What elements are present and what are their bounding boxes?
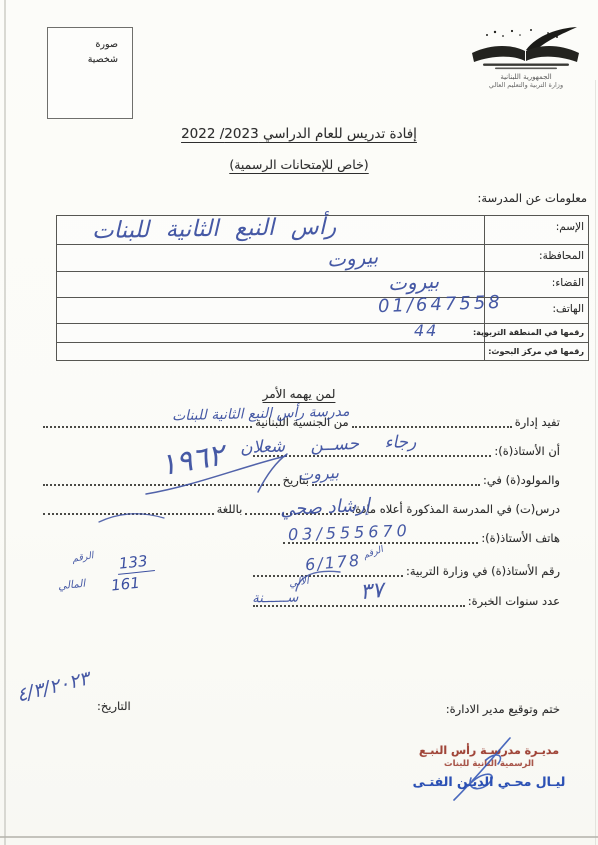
date-label: التاريخ: [97,699,131,713]
document-subtitle-text: (خاص للإمتحانات الرسمية) [229,157,368,172]
document-title: إفادة تدريس للعام الدراسي 2023/ 2022 [0,126,598,142]
handwriting-school-name: رأس النبع الثانية للبنات [92,214,337,244]
to-whom-heading: لمن يهمه الأمر [0,387,598,401]
handwriting-district: بيروت [387,269,439,296]
photo-box-label-line1: صورة [48,38,118,53]
table-label-governorate: المحافظة: [484,245,588,271]
handwriting-school-phone: 01/647558 [378,292,503,317]
to-whom-heading-text: لمن يهمه الأمر [263,387,336,401]
handwriting-zone-number: 44 [414,321,438,340]
ministry-logo: الجمهورية اللبنانية وزارة التربية والتعل… [462,26,590,89]
stamp-signature-label: ختم وتوقيع مدير الادارة: [446,702,560,716]
signature-scribble [438,730,524,806]
table-row: رقمها في المنطقة التربوية: [57,323,588,342]
school-info-heading: معلومات عن المدرسة: [478,191,588,205]
table-label-zone-number: رقمها في المنطقة التربوية: [484,324,588,342]
line3-label: والمولود(ة) في: [483,472,560,488]
dotted-line [43,424,252,428]
scanned-teaching-certificate: صورة شخصية الجمهورية اللبنانية وزارة الت… [0,0,598,845]
book-quill-emblem-icon [465,26,587,74]
logo-text-ministry: وزارة التربية والتعليم العالي [462,81,590,89]
pen-stroke [96,509,168,527]
table-row: رقمها في مركز البحوث: [57,342,588,360]
dotted-line [352,424,512,428]
handwriting-date: ٤/٣/٢٠٢٣ [14,667,91,706]
table-label-research-number: رقمها في مركز البحوث: [484,343,588,360]
line7-label: عدد سنوات الخبرة: [468,593,560,609]
dotted-line [312,482,480,486]
document-subtitle: (خاص للإمتحانات الرسمية) [0,157,598,172]
handwriting-experience-number: ٣٧ [359,578,385,605]
handwriting-financial-number: 133 161 [116,551,157,594]
table-label-name: الإسم: [484,216,588,244]
line4-label: درس(ت) في المدرسة المذكورة أعلاه مادة: [351,501,560,517]
line6-label: رقم الأستاذ(ة) في وزارة التربية: [406,563,560,579]
table-row: الهاتف: [57,297,588,323]
table-cell [57,343,484,360]
financial-number-top: 133 [116,551,155,575]
table-cell [57,245,484,271]
photo-box-label-line2: شخصية [48,53,118,68]
table-row: المحافظة: [57,244,588,271]
pen-stroke [140,452,292,500]
scan-edge-right [595,80,596,845]
photo-placeholder-box: صورة شخصية [47,27,133,119]
line2-label: أن الأستاذ(ة): [494,443,560,459]
handwriting-note-raqm: الرقم [362,545,385,561]
handwriting-birthplace: بيروت [298,463,340,484]
line1-label: تفيد إدارة [515,414,560,430]
table-row: القضاء: [57,271,588,297]
handwriting-governorate: بيروت [326,244,379,272]
scan-edge-bottom [0,836,598,838]
line4-language-label: باللغة [217,501,243,517]
logo-text-republic: الجمهورية اللبنانية [462,73,590,81]
pen-stroke [292,567,344,595]
document-title-text: إفادة تدريس للعام الدراسي 2023/ 2022 [181,126,417,142]
line5-label: هاتف الأستاذ(ة): [481,530,560,546]
